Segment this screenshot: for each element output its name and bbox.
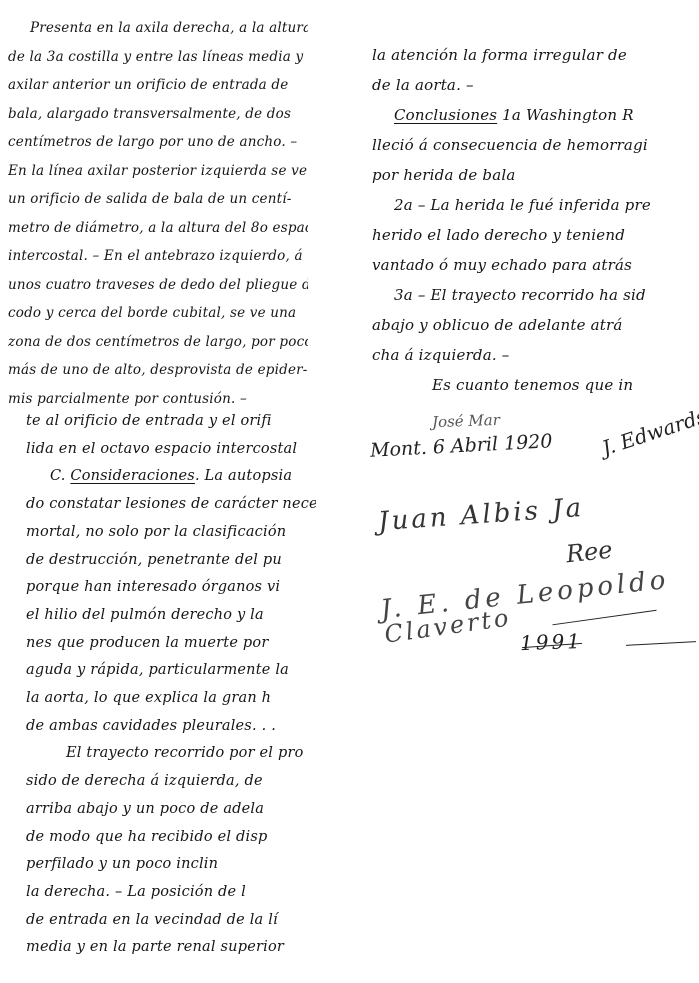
place-date-line: Mont. 6 Abril 1920 [370,430,553,462]
text-line: herido el lado derecho y teniend [372,220,699,250]
text-line: do constatar lesiones de carácter nece [26,491,316,519]
text-line: vantado ó muy echado para atrás [372,250,699,280]
text-line: 3a – El trayecto recorrido ha sid [372,280,699,310]
text-line: de ambas cavidades pleurales. . . [26,713,316,741]
text-line: unos cuatro traveses de dedo del pliegue… [8,271,308,300]
text-line: Es cuanto tenemos que in [372,370,699,400]
text-line: lleció á consecuencia de hemorragi [372,130,699,160]
text-line: abajo y oblicuo de adelante atrá [372,310,699,340]
text-line: sido de derecha á izquierda, de [26,768,316,796]
text-line: aguda y rápida, particularmente la [26,657,316,685]
text-line: por herida de bala [372,160,699,190]
text-line: de modo que ha recibido el disp [26,824,316,852]
year-annotation: 1991 [520,629,584,655]
section-heading-conclusiones: Conclusiones 1a Washington R [372,100,699,130]
text-line: metro de diámetro, a la altura del 8o es… [8,214,308,243]
text-line: más de uno de alto, desprovista de epide… [8,356,308,385]
text-line: intercostal. – En el antebrazo izquierdo… [8,242,308,271]
text-line: de entrada en la vecindad de la lí [26,907,316,935]
text-line: de la aorta. – [372,70,699,100]
text-line: centímetros de largo por uno de ancho. – [8,128,308,157]
text-line: el hilio del pulmón derecho y la [26,602,316,630]
signature-underline [552,610,656,626]
signature-initials: J. Edwards [599,404,699,460]
text-line: 2a – La herida le fué inferida pre [372,190,699,220]
text-line: te al orificio de entrada y el orifi [26,408,316,436]
signature-1-line-1: Juan Albis Ja [377,493,585,537]
text-line: El trayecto recorrido por el pro [26,740,316,768]
text-line: media y en la parte renal superior [26,934,316,962]
text-line: de destrucción, penetrante del pu [26,547,316,575]
text-line: En la línea axilar posterior izquierda s… [8,157,308,186]
heading-underlined-word: Consideraciones [70,468,195,484]
text-block-bottom-left: te al orificio de entrada y el orifi lid… [26,408,316,962]
text-line: codo y cerca del borde cubital, se ve un… [8,299,308,328]
heading-underlined-word: Conclusiones [394,106,497,124]
text-line: nes que producen la muerte por [26,630,316,658]
text-line: arriba abajo y un poco de adela [26,796,316,824]
text-line: lida en el octavo espacio intercostal [26,436,316,464]
signature-faint-name: José Mar [432,411,500,431]
text-line: la derecha. – La posición de l [26,879,316,907]
year-rule-right [626,641,696,646]
text-line: bala, alargado transversalmente, de dos [8,100,308,129]
text-line: zona de dos centímetros de largo, por po… [8,328,308,357]
text-line: de la 3a costilla y entre las líneas med… [8,43,308,72]
section-heading-consideraciones: C. Consideraciones. La autopsia [26,463,316,491]
text-line: perfilado y un poco inclin [26,851,316,879]
text-block-right: la atención la forma irregular de de la … [372,40,699,400]
text-line: la atención la forma irregular de [372,40,699,70]
signature-1-line-2: Ree [565,536,614,569]
text-block-top-left: Presenta en la axila derecha, a la altur… [8,14,308,413]
text-line: la aorta, lo que explica la gran h [26,685,316,713]
text-line: porque han interesado órganos vi [26,574,316,602]
text-line: un orificio de salida de bala de un cent… [8,185,308,214]
text-line: mortal, no solo por la clasificación [26,519,316,547]
text-line: cha á izquierda. – [372,340,699,370]
text-line: axilar anterior un orificio de entrada d… [8,71,308,100]
text-line: Presenta en la axila derecha, a la altur… [8,14,308,43]
